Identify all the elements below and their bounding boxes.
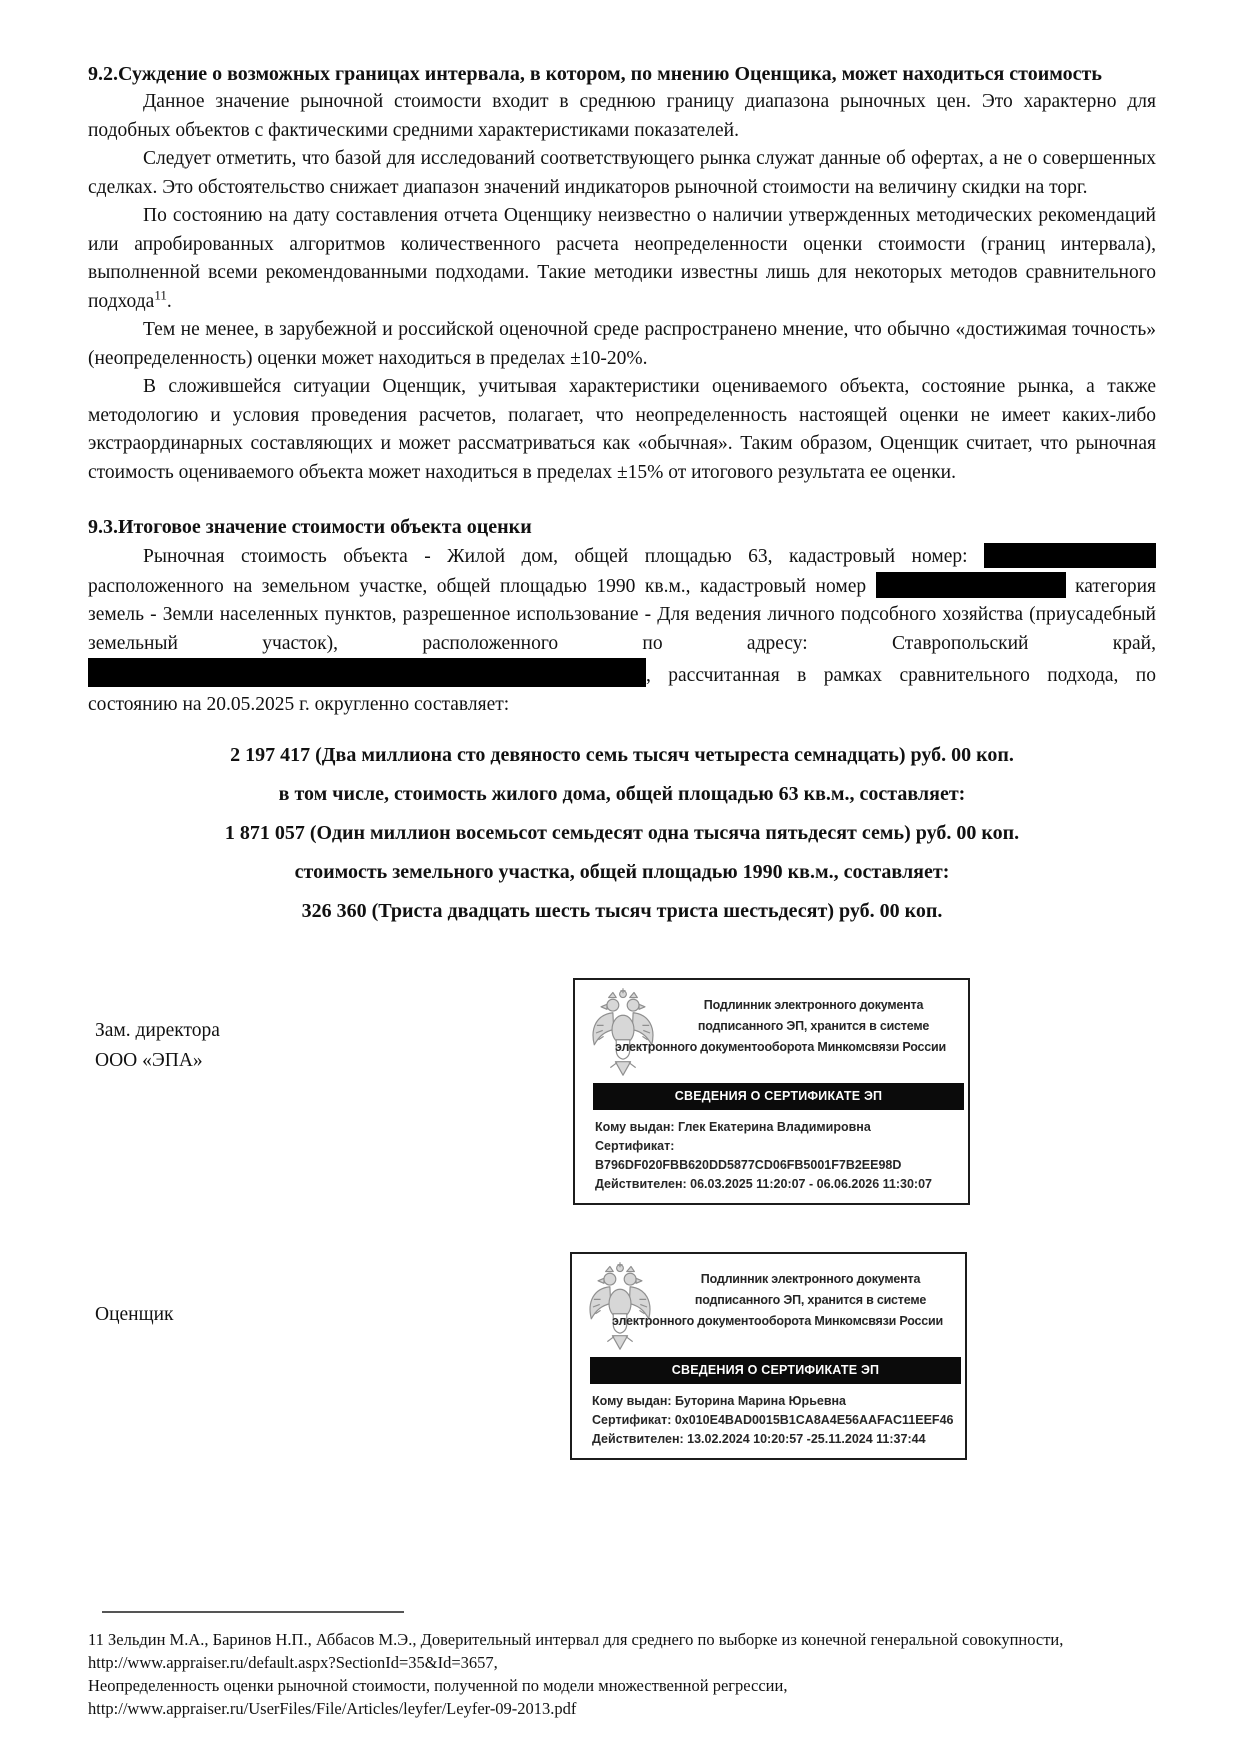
footnote-block: 11 Зельдин М.А., Баринов Н.П., Аббасов М… <box>88 1628 1164 1720</box>
footnote-line2: Неопределенность оценки рыночной стоимос… <box>88 1674 1164 1697</box>
stamp-header-line1: Подлинник электронного документа <box>662 1269 959 1290</box>
paragraph-final-value: Рыночная стоимость объекта - Жилой дом, … <box>88 543 1156 719</box>
house-value-line: 1 871 057 (Один миллион восемьсот семьде… <box>88 821 1156 846</box>
certificate-details: Кому выдан: Буторина Марина Юрьевна Серт… <box>572 1392 965 1458</box>
paragraph-methodology-text: По состоянию на дату составления отчета … <box>88 205 1156 312</box>
main-text: 9.2.Суждение о возможных границах интерв… <box>88 60 1156 938</box>
land-value-intro-line: стоимость земельного участка, общей площ… <box>88 860 1156 885</box>
land-value-line: 326 360 (Триста двадцать шесть тысяч три… <box>88 899 1156 924</box>
redaction-box-address <box>88 658 646 687</box>
stamp-header-line1: Подлинник электронного документа <box>665 995 962 1016</box>
stamp-header-text: Подлинник электронного документа подписа… <box>665 987 962 1058</box>
final-value-seg1: Рыночная стоимость объекта - Жилой дом, … <box>143 546 984 567</box>
section-9-2-heading: 9.2.Суждение о возможных границах интерв… <box>88 60 1156 88</box>
certificate-info-band: СВЕДЕНИЯ О СЕРТИФИКАТЕ ЭП <box>590 1357 961 1384</box>
deputy-director-company: ООО «ЭПА» <box>95 1046 220 1076</box>
paragraph-methodology-period: . <box>167 291 172 312</box>
redaction-box-cadastral-1 <box>984 543 1156 568</box>
paragraph-uncertainty-conclusion: В сложившейся ситуации Оценщик, учитывая… <box>88 373 1156 487</box>
certificate-issued-to: Кому выдан: Глек Екатерина Владимировна <box>595 1118 960 1137</box>
stamp-header-text: Подлинник электронного документа подписа… <box>662 1261 959 1332</box>
section-9-3-heading: 9.3.Итоговое значение стоимости объекта … <box>88 513 1156 541</box>
deputy-director-role: Зам. директора <box>95 1016 220 1046</box>
stamp-header-line2: подписанного ЭП, хранится в системе <box>662 1290 959 1311</box>
footnote-line3: http://www.appraiser.ru/UserFiles/File/A… <box>88 1697 1164 1720</box>
stamp-header-row: Подлинник электронного документа подписа… <box>572 1254 965 1355</box>
footnote-line1: 11 Зельдин М.А., Баринов Н.П., Аббасов М… <box>88 1628 1164 1674</box>
certificate-issued-to: Кому выдан: Буторина Марина Юрьевна <box>592 1392 957 1411</box>
paragraph-market-range: Данное значение рыночной стоимости входи… <box>88 88 1156 145</box>
stamp-header-line3: электронного документооборота Минкомсвяз… <box>599 1037 962 1058</box>
stamp-header-line2: подписанного ЭП, хранится в системе <box>665 1016 962 1037</box>
certificate-number: Сертификат: 0x010E4BAD0015B1CA8A4E56AAFA… <box>592 1411 957 1430</box>
report-page: 9.2.Суждение о возможных границах интерв… <box>0 0 1241 1755</box>
certificate-number: Сертификат: B796DF020FBB620DD5877CD06FB5… <box>595 1137 960 1175</box>
certificate-validity: Действителен: 13.02.2024 10:20:57 -25.11… <box>592 1430 957 1449</box>
final-value-seg2: расположенного на земельном участке, общ… <box>88 576 876 597</box>
coat-of-arms-icon <box>582 1261 658 1353</box>
certificate-validity: Действителен: 06.03.2025 11:20:07 - 06.0… <box>595 1175 960 1194</box>
certificate-details: Кому выдан: Глек Екатерина Владимировна … <box>575 1118 968 1203</box>
stamp-header-line3: электронного документооборота Минкомсвяз… <box>596 1311 959 1332</box>
signature-stamp-appraiser: Подлинник электронного документа подписа… <box>570 1252 967 1460</box>
stamp-header-row: Подлинник электронного документа подписа… <box>575 980 968 1081</box>
house-value-intro-line: в том числе, стоимость жилого дома, обще… <box>88 782 1156 807</box>
certificate-info-band: СВЕДЕНИЯ О СЕРТИФИКАТЕ ЭП <box>593 1083 964 1110</box>
appraiser-label: Оценщик <box>95 1300 174 1330</box>
paragraph-offers-basis: Следует отметить, что базой для исследов… <box>88 145 1156 202</box>
redaction-box-cadastral-2 <box>876 572 1066 598</box>
footnote-reference: 11 <box>154 287 167 302</box>
signature-stamp-deputy: Подлинник электронного документа подписа… <box>573 978 970 1205</box>
deputy-director-label: Зам. директора ООО «ЭПА» <box>95 1016 220 1076</box>
footnote-divider <box>102 1611 404 1613</box>
total-value-line: 2 197 417 (Два миллиона сто девяносто се… <box>88 743 1156 768</box>
paragraph-accuracy-opinion: Тем не менее, в зарубежной и российской … <box>88 316 1156 373</box>
coat-of-arms-icon <box>585 987 661 1079</box>
paragraph-methodology: По состоянию на дату составления отчета … <box>88 202 1156 316</box>
